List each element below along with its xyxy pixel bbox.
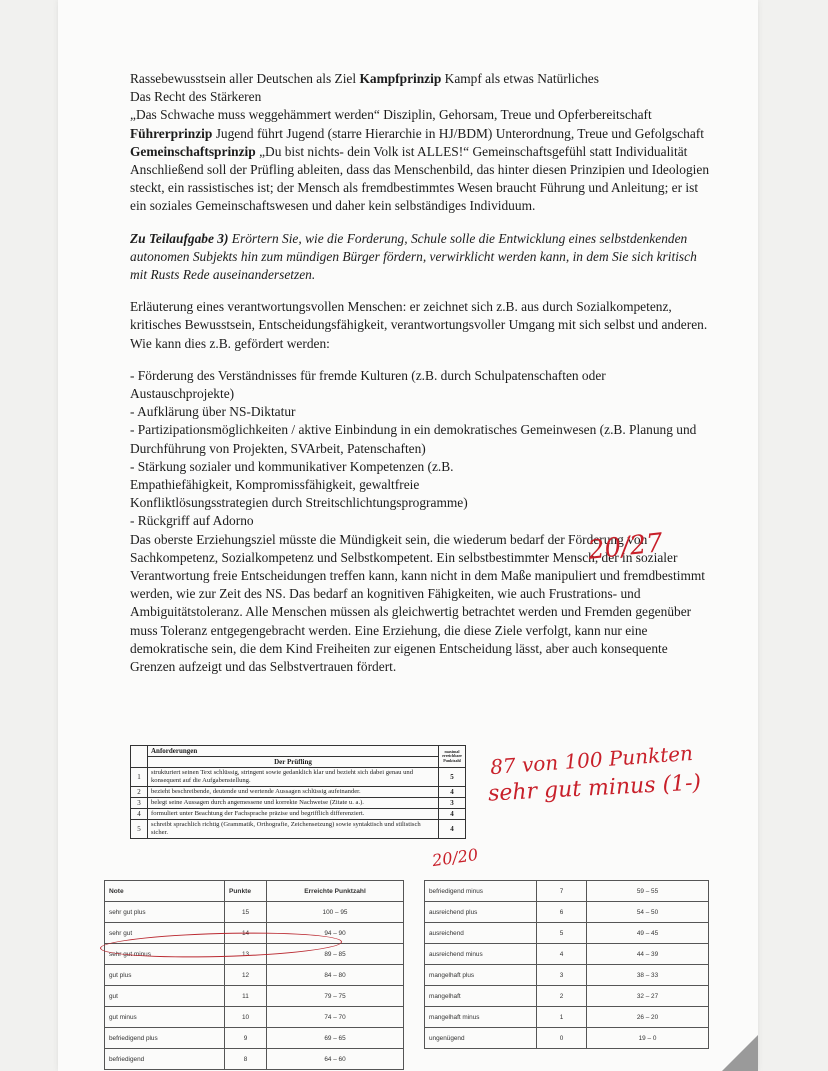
cell-points: 8 xyxy=(225,1049,267,1070)
cell-text: schreibt sprachlich richtig (Grammatik, … xyxy=(148,820,439,839)
text: Rassebewusstsein aller Deutschen als Zie… xyxy=(130,71,359,86)
cell-grade: ungenügend xyxy=(425,1028,537,1049)
cell-range: 44 – 39 xyxy=(587,944,709,965)
cell-grade: befriedigend xyxy=(105,1049,225,1070)
text: Jugend führt Jugend (starre Hierarchie i… xyxy=(212,126,704,141)
bullet-list: - Förderung des Verständnisses für fremd… xyxy=(130,367,710,531)
cell-points: 1 xyxy=(537,1007,587,1028)
table-row: 5schreibt sprachlich richtig (Grammatik,… xyxy=(131,820,466,839)
cell-range: 19 – 0 xyxy=(587,1028,709,1049)
cell-grade: ausreichend xyxy=(425,923,537,944)
paragraph: Führerprinzip Jugend führt Jugend (starr… xyxy=(130,125,710,143)
cell-points: 12 xyxy=(225,965,267,986)
cell-points: 15 xyxy=(225,902,267,923)
table-row: gut plus1284 – 80 xyxy=(105,965,404,986)
header-note: Note xyxy=(105,881,225,902)
cell-range: 54 – 50 xyxy=(587,902,709,923)
folded-corner xyxy=(722,1035,758,1071)
criteria-table: Anforderungen maximal erreichbare Punktz… xyxy=(130,745,466,839)
term-gemeinschaftsprinzip: Gemeinschaftsprinzip xyxy=(130,144,256,159)
grade-table-left: Note Punkte Erreichte Punktzahl sehr gut… xyxy=(104,880,404,1070)
subheader: Der Prüfling xyxy=(148,757,439,768)
cell-range: 64 – 60 xyxy=(267,1049,404,1070)
table-row: mangelhaft232 – 27 xyxy=(425,986,709,1007)
term-kampfprinzip: Kampfprinzip xyxy=(359,71,441,86)
cell-num: 5 xyxy=(131,820,148,839)
cell-range: 59 – 55 xyxy=(587,881,709,902)
header-punktzahl: Erreichte Punktzahl xyxy=(267,881,404,902)
cell-num: 1 xyxy=(131,768,148,787)
table-row: 1strukturiert seinen Text schlüssig, str… xyxy=(131,768,466,787)
cell-grade: ausreichend minus xyxy=(425,944,537,965)
paragraph: Rassebewusstsein aller Deutschen als Zie… xyxy=(130,70,710,88)
cell-range: 32 – 27 xyxy=(587,986,709,1007)
list-item: - Aufklärung über NS-Diktatur xyxy=(130,403,710,421)
text: Kampf als etwas Natürliches xyxy=(441,71,599,86)
table-row: 2bezieht beschreibende, deutende und wer… xyxy=(131,787,466,798)
cell-points: 11 xyxy=(225,986,267,1007)
cell-range: 49 – 45 xyxy=(587,923,709,944)
cell-points: 0 xyxy=(537,1028,587,1049)
table-cell xyxy=(131,746,148,768)
cell-points: 2 xyxy=(537,986,587,1007)
term-fuehrerprinzip: Führerprinzip xyxy=(130,126,212,141)
cell-text: bezieht beschreibende, deutende und wert… xyxy=(148,787,439,798)
table-row: gut minus1074 – 70 xyxy=(105,1007,404,1028)
cell-points: 4 xyxy=(439,820,466,839)
cell-range: 69 – 65 xyxy=(267,1028,404,1049)
cell-points: 9 xyxy=(225,1028,267,1049)
table-row: befriedigend864 – 60 xyxy=(105,1049,404,1070)
cell-points: 10 xyxy=(225,1007,267,1028)
text: „Du bist nichts- dein Volk ist ALLES!“ G… xyxy=(256,144,688,159)
paragraph: Anschließend soll der Prüfling ableiten,… xyxy=(130,161,710,216)
cell-text: strukturiert seinen Text schlüssig, stri… xyxy=(148,768,439,787)
cell-points: 4 xyxy=(439,787,466,798)
task-label: Zu Teilaufgabe 3) xyxy=(130,231,228,246)
cell-range: 38 – 33 xyxy=(587,965,709,986)
cell-range: 26 – 20 xyxy=(587,1007,709,1028)
list-item: - Rückgriff auf Adorno xyxy=(130,512,710,530)
cell-grade: befriedigend minus xyxy=(425,881,537,902)
cell-grade: mangelhaft xyxy=(425,986,537,1007)
cell-grade: gut plus xyxy=(105,965,225,986)
cell-points: 3 xyxy=(439,798,466,809)
cell-text: belegt seine Aussagen durch angemessene … xyxy=(148,798,439,809)
task-prompt: Zu Teilaufgabe 3) Erörtern Sie, wie die … xyxy=(130,230,710,285)
cell-points: 4 xyxy=(537,944,587,965)
list-item: - Stärkung sozialer und kommunikativer K… xyxy=(130,458,510,513)
cell-points: 5 xyxy=(537,923,587,944)
cell-grade: befriedigend plus xyxy=(105,1028,225,1049)
header-requirements: Anforderungen xyxy=(148,746,439,757)
table-row: gut1179 – 75 xyxy=(105,986,404,1007)
cell-points: 3 xyxy=(537,965,587,986)
document-body: Rassebewusstsein aller Deutschen als Zie… xyxy=(130,70,710,676)
table-row: 4formuliert unter Beachtung der Fachspra… xyxy=(131,809,466,820)
table-row: befriedigend minus759 – 55 xyxy=(425,881,709,902)
cell-num: 4 xyxy=(131,809,148,820)
table-row: sehr gut plus15100 – 95 xyxy=(105,902,404,923)
cell-points: 7 xyxy=(537,881,587,902)
table-row: 3belegt seine Aussagen durch angemessene… xyxy=(131,798,466,809)
cell-grade: mangelhaft plus xyxy=(425,965,537,986)
header-punkte: Punkte xyxy=(225,881,267,902)
table-row: mangelhaft plus338 – 33 xyxy=(425,965,709,986)
cell-range: 100 – 95 xyxy=(267,902,404,923)
table-row: mangelhaft minus126 – 20 xyxy=(425,1007,709,1028)
table-row: ungenügend019 – 0 xyxy=(425,1028,709,1049)
table-row: ausreichend549 – 45 xyxy=(425,923,709,944)
cell-range: 84 – 80 xyxy=(267,965,404,986)
grade-table-right: befriedigend minus759 – 55ausreichend pl… xyxy=(424,880,709,1049)
table-row: ausreichend minus444 – 39 xyxy=(425,944,709,965)
paragraph: „Das Schwache muss weggehämmert werden“ … xyxy=(130,106,710,124)
cell-range: 74 – 70 xyxy=(267,1007,404,1028)
cell-num: 2 xyxy=(131,787,148,798)
cell-points: 5 xyxy=(439,768,466,787)
cell-grade: ausreichend plus xyxy=(425,902,537,923)
paragraph: Gemeinschaftsprinzip „Du bist nichts- de… xyxy=(130,143,710,161)
cell-text: formuliert unter Beachtung der Fachsprac… xyxy=(148,809,439,820)
cell-num: 3 xyxy=(131,798,148,809)
cell-points: 4 xyxy=(439,809,466,820)
cell-range: 79 – 75 xyxy=(267,986,404,1007)
cell-points: 6 xyxy=(537,902,587,923)
cell-grade: mangelhaft minus xyxy=(425,1007,537,1028)
table-row: ausreichend plus654 – 50 xyxy=(425,902,709,923)
cell-grade: sehr gut plus xyxy=(105,902,225,923)
intro-paragraph: Erläuterung eines verantwortungsvollen M… xyxy=(130,298,710,353)
cell-grade: gut minus xyxy=(105,1007,225,1028)
header-max-points: maximal erreichbare Punktzahl xyxy=(439,746,466,768)
paragraph: Das Recht des Stärkeren xyxy=(130,88,710,106)
cell-grade: gut xyxy=(105,986,225,1007)
table-row: befriedigend plus969 – 65 xyxy=(105,1028,404,1049)
list-item: - Förderung des Verständnisses für fremd… xyxy=(130,367,710,403)
list-item: - Partizipationsmöglichkeiten / aktive E… xyxy=(130,421,710,457)
